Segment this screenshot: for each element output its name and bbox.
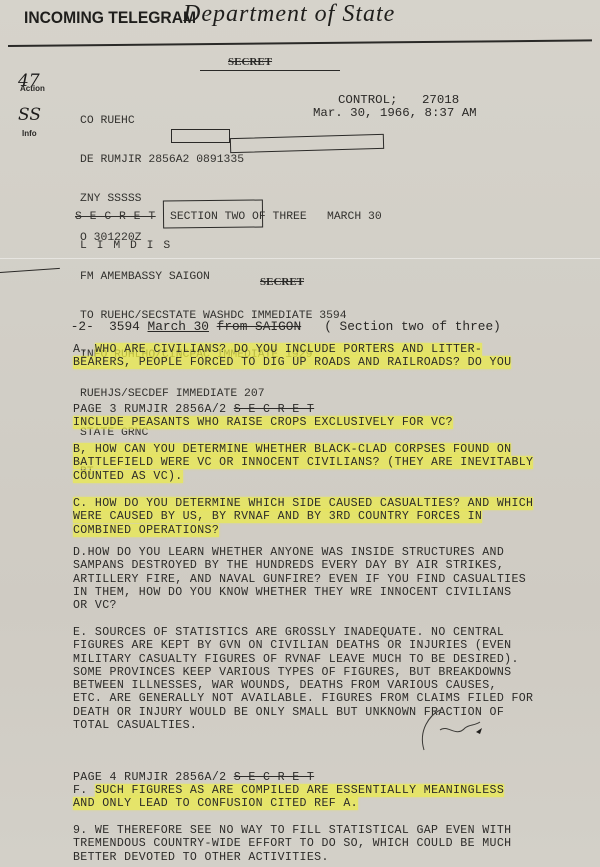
routing-line: RUEHJS/SECDEF IMMEDIATE 207 [80,388,347,401]
routing-line: FM AMEMBASSY SAIGON [80,271,347,284]
paragraph-c: C. HOW DO YOU DETERMINE WHICH SIDE CAUSE… [73,497,593,537]
message-from: from SAIGON [217,319,301,334]
highlighted-text: INCLUDE PEASANTS WHO RAISE CROPS EXCLUSI… [73,416,453,429]
message-number: 3594 [109,319,140,334]
paragraph-d: D.HOW DO YOU LEARN WHETHER ANYONE WAS IN… [73,546,593,612]
header-rule [8,39,592,46]
section-note: ( Section two of three) [324,319,501,334]
info-code-handwritten: SS [18,105,41,125]
message-date: March 30 [148,319,209,334]
classification-top-underline [200,70,340,71]
action-label: Action [20,84,45,93]
department-title: Department of State [183,1,395,28]
control-number: 27018 [422,93,459,107]
incoming-telegram-label: INCOMING TELEGRAM [24,8,196,28]
routing-line: DE RUMJIR 2856A2 0891335 [80,154,347,167]
highlighted-text: WHO ARE CIVILIANS? DO YOU INCLUDE PORTER… [95,343,482,356]
paragraph-f: F. SUCH FIGURES AS ARE COMPILED ARE ESSE… [73,784,593,811]
page-4-header: PAGE 4 RUMJIR 2856A/2 S E C R E T [73,771,593,784]
pen-stroke [0,268,60,273]
paragraph-b: B, HOW CAN YOU DETERMINE WHETHER BLACK-C… [73,443,593,483]
paragraph-9: 9. WE THEREFORE SEE NO WAY TO FILL STATI… [73,824,593,864]
page-3-header: PAGE 3 RUMJIR 2856A/2 S E C R E T INCLUD… [73,403,593,430]
info-label: Info [22,129,37,138]
destination-box-mark [230,134,384,153]
origin-box-mark [171,129,230,143]
struck-classification: S E C R E T [75,211,156,224]
page-3-secret: S E C R E T [234,403,314,416]
section-box-mark [163,199,263,228]
page-4-secret: S E C R E T [234,771,314,784]
classification-top: SECRET [228,56,272,68]
highlighted-text: BEARERS, PEOPLE FORCED TO DIG UP ROADS A… [73,356,511,369]
classification-mid: SECRET [260,276,304,288]
distribution-caption: L I M D I S [80,240,172,253]
control-label: CONTROL; [338,93,398,107]
section-date: MARCH 30 [327,211,382,224]
paragraph-e: E. SOURCES OF STATISTICS ARE GROSSLY INA… [73,626,593,732]
received-timestamp: Mar. 30, 1966, 8:37 AM [313,106,477,120]
paragraph-a: A. WHO ARE CIVILIANS? DO YOU INCLUDE POR… [73,343,593,370]
telegram-page: INCOMING TELEGRAM Department of State SE… [0,0,600,867]
routing-line: CO RUEHC [80,115,347,128]
page-marker: -2- [71,319,94,334]
